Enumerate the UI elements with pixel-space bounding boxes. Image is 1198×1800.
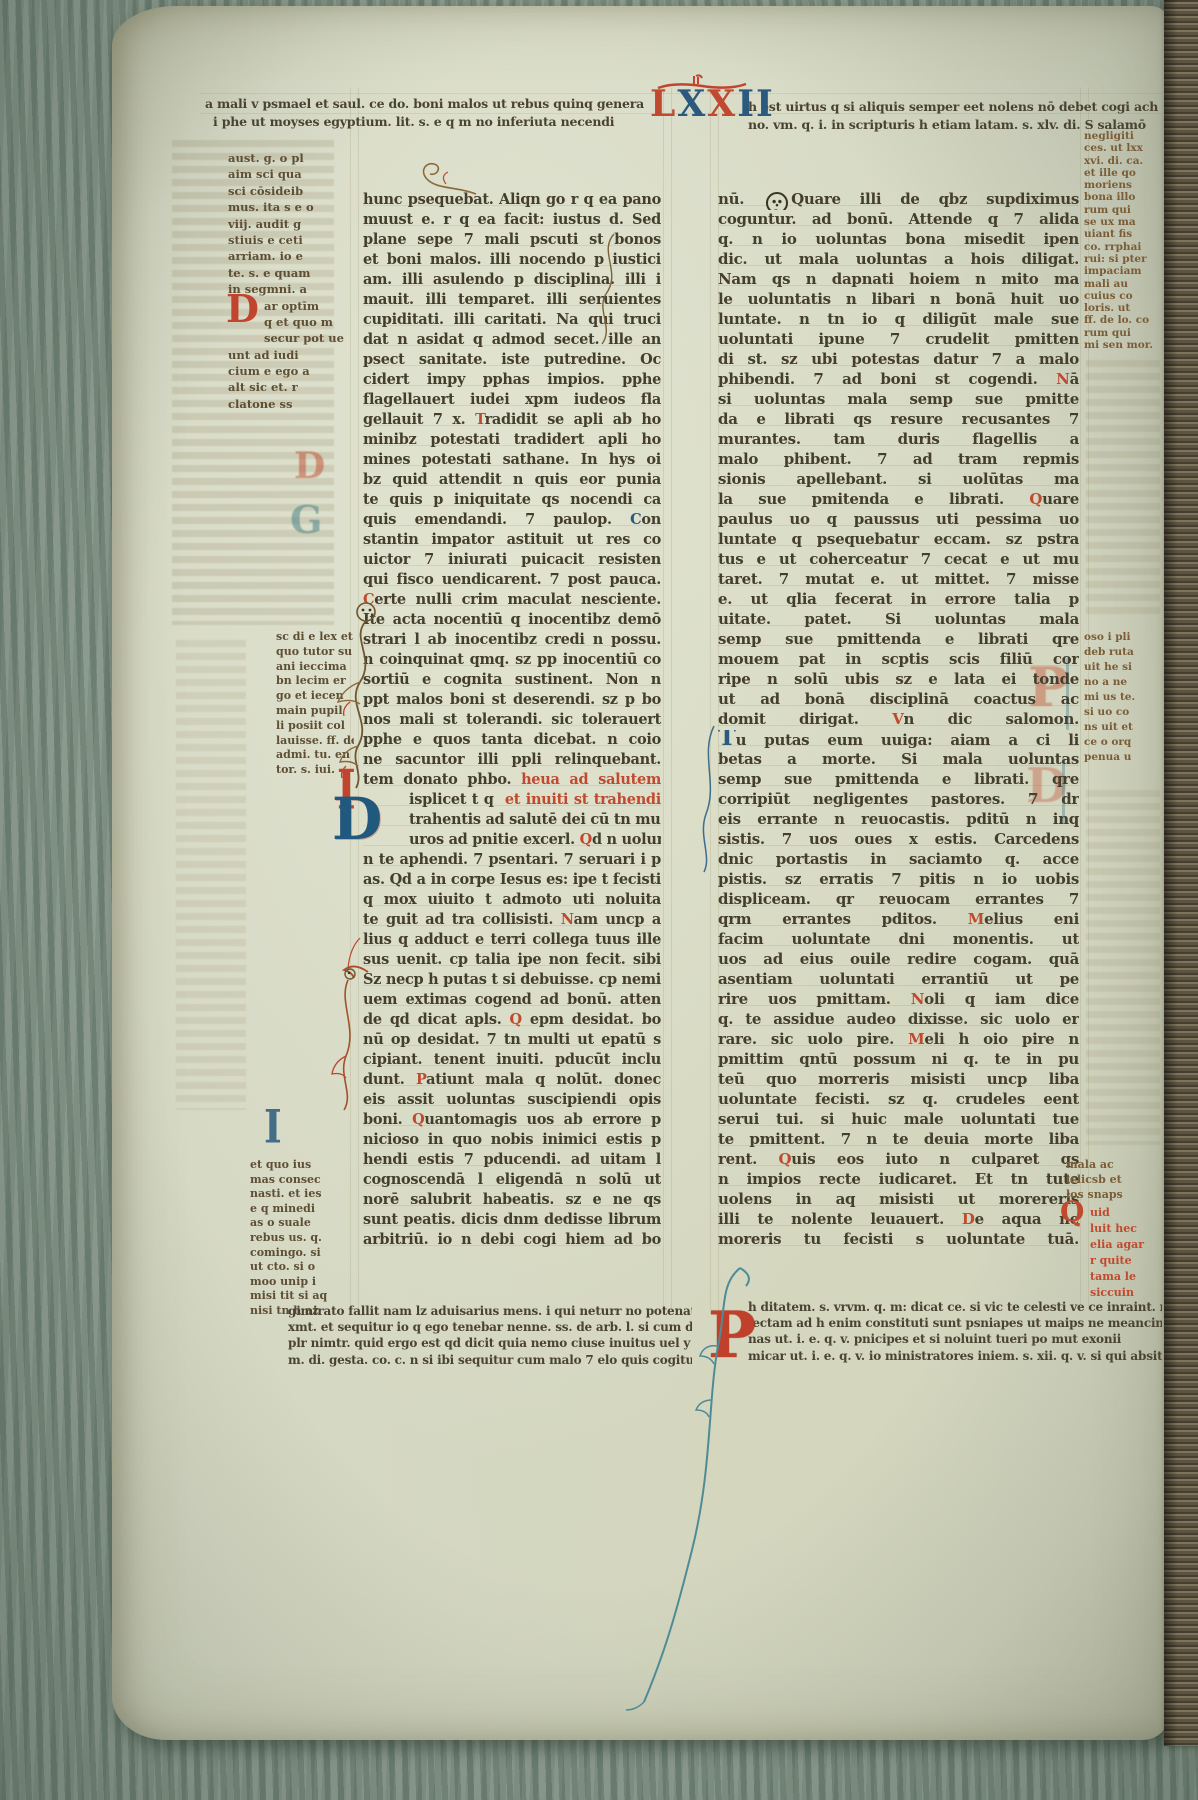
blue-paraph-I: I xyxy=(264,1104,282,1150)
text-line: isplicet t q et inuiti st trahendi xyxy=(363,790,661,810)
text-line: si uoluntas mala semp sue pmitte xyxy=(718,390,1079,410)
bleedthrough-text-area xyxy=(1086,360,1160,615)
text-line: et quo ius xyxy=(250,1158,345,1173)
text-line: qrm errantes pditos. Melius eni xyxy=(718,910,1079,930)
ruling-line-vertical xyxy=(1080,88,1081,1310)
text-line: dunt. Patiunt mala q nolūt. donec xyxy=(363,1070,661,1090)
gutter-flourish xyxy=(588,232,628,347)
text-line: impaciam xyxy=(1084,265,1164,277)
text-line: sortiū e cognita sustinent. Non n xyxy=(363,670,661,690)
text-line: lectam ad h enim constituti sunt psniape… xyxy=(748,1315,1162,1331)
text-line: da e librati qs resure recusantes 7 xyxy=(718,410,1079,430)
adjacent-page-edge xyxy=(1164,0,1198,1746)
text-line: eis assit uoluntas suscipiendi opis xyxy=(363,1090,661,1110)
text-line: bz quid attendit n quis eor punia xyxy=(363,470,661,490)
text-line: rum qui xyxy=(1084,327,1164,339)
colored-letter: V xyxy=(892,710,903,728)
text-line: viij. audit g xyxy=(228,216,348,232)
text-line: luntate q psequebatur eccam. sz pstra xyxy=(718,530,1079,550)
text-line: luit hec xyxy=(1090,1221,1162,1237)
manuscript-photo: D G P D a mali v psmael et saul. ce do. … xyxy=(0,0,1198,1800)
text-line: ne sacuntor illi ppli relinquebant. xyxy=(363,750,661,770)
right-gloss-block2: oso i plideb rutauit he sino a nemi us t… xyxy=(1084,630,1160,765)
text-line: betas a morte. Si mala uoluntas xyxy=(718,750,1079,770)
colored-letter: I xyxy=(756,83,775,125)
right-gloss-block1: negligitices. ut lxxxvi. di. ca.et ille … xyxy=(1084,130,1164,351)
colored-letter: Q xyxy=(510,1011,522,1028)
text-line: Nam qs n dapnati hoiem n mito ma xyxy=(718,270,1079,290)
text-line: e q minedi xyxy=(250,1202,345,1217)
text-line: uros ad pnitie excerl. Qd n uolum xyxy=(363,830,661,850)
text-line: te pmittent. 7 n te deuia morte liba xyxy=(718,1130,1079,1150)
colored-letter: I xyxy=(737,83,756,125)
blue-initial-D: D xyxy=(332,790,382,848)
text-line: rebus us. q. xyxy=(250,1231,345,1246)
text-column-right: nū. Quare illi de qbz supdiximuscoguntur… xyxy=(718,190,1079,1250)
text-line: alt sic et. r xyxy=(228,379,348,395)
folio-number-heading: LXXII xyxy=(650,86,775,122)
text-line: as. Qd a in corpe Iesus es: ipe t fecist… xyxy=(363,870,661,890)
text-line: q mox uiuito t admoto uti noluita xyxy=(363,890,661,910)
text-line: te. s. e quam xyxy=(228,265,348,281)
text-line: rire uos pmittam. Noli q iam dice xyxy=(718,990,1079,1010)
text-line: n coinquinat qmq. sz pp inocentiū co xyxy=(363,650,661,670)
text-line: illi te nolente leuauert. De aqua ne xyxy=(718,1210,1079,1230)
text-line: xvi. di. ca. xyxy=(1084,155,1164,167)
text-line: sistis. 7 uos oues x estis. Carcedens xyxy=(718,830,1079,850)
text-line: negligiti xyxy=(1084,130,1164,142)
text-line: te guit ad tra collisisti. Nam uncp a xyxy=(363,910,661,930)
text-line: uictor 7 iniurati puicacit resisten xyxy=(363,550,661,570)
text-line: luntate. n tn io q diligūt male sue xyxy=(718,310,1079,330)
text-line: nū op desidat. 7 tn multi ut epatū s xyxy=(363,1030,661,1050)
colored-letter: X xyxy=(677,83,707,125)
text-line: stiuis e ceti xyxy=(228,232,348,248)
text-line: quis emendandi. 7 paulop. Con xyxy=(363,510,661,530)
text-line: domit dirigat. Vn dic salomon. xyxy=(718,710,1079,730)
text-line: mi sen mor. xyxy=(1084,339,1164,351)
colored-letter: Q xyxy=(778,1150,791,1168)
text-line: uit he si xyxy=(1084,660,1160,675)
colored-letter: N xyxy=(911,990,924,1008)
text-line: ripe n solū ubis sz e lata ei tonde xyxy=(718,670,1079,690)
text-line: uid xyxy=(1090,1205,1162,1221)
face-doodle-icon xyxy=(766,192,788,210)
text-line: mus. ita s e o xyxy=(228,199,348,215)
text-line: hunc psequebat. Aliqn go r q ea pano xyxy=(363,190,661,210)
colored-letter: T xyxy=(475,411,484,428)
text-line: muust e. r q ea facit: iustus d. Sed xyxy=(363,210,661,230)
text-line: misi tit si aq xyxy=(250,1289,345,1304)
text-line: norē salubrit habeatis. sz e ne qs xyxy=(363,1190,661,1210)
text-line: sionis apellebant. si uolūtas ma xyxy=(718,470,1079,490)
text-line: penua u xyxy=(1084,750,1160,765)
text-line: Sz necp h putas t si debuisse. cp nemi xyxy=(363,970,661,990)
text-line: ppt malos boni st deserendi. sz p bo xyxy=(363,690,661,710)
red-dragon-flourish xyxy=(324,936,374,1114)
text-line: as o suale xyxy=(250,1216,345,1231)
text-line: moriens xyxy=(1084,179,1164,191)
text-line: moreris tu fecisti s uoluntate tuā. xyxy=(718,1230,1079,1250)
bleedthrough-initial: G xyxy=(290,501,322,539)
text-line: r quite xyxy=(1090,1253,1162,1269)
text-line: dnic portastis in saciamto q. acce xyxy=(718,850,1079,870)
text-line: uoluntati ipune 7 crudelit pmitten xyxy=(718,330,1079,350)
text-line: rare. sic uolo pire. Meli h oio pire n xyxy=(718,1030,1079,1050)
text-line: paulus uo q paussus uti pessima uo xyxy=(718,510,1079,530)
colored-letter: L xyxy=(650,83,677,125)
text-line: n impios recte iudicaret. Et tn tute xyxy=(718,1170,1079,1190)
text-line: q. te assidue audeo dixisse. sic uolo er xyxy=(718,1010,1079,1030)
cadel-flourish-A xyxy=(416,156,480,198)
text-line: uitate. patet. Si uoluntas mala xyxy=(718,610,1079,630)
ruling-line-vertical xyxy=(671,88,672,1310)
text-line: pphe e quos tanta dicebat. n coio xyxy=(363,730,661,750)
text-line: nicioso in quo nobis inimici estis p xyxy=(363,1130,661,1150)
text-line: gellauit 7 x. Tradidit se apli ab ho xyxy=(363,410,661,430)
bleedthrough-initial: D xyxy=(294,448,325,484)
text-line: la sue pmitenda e librati. Quare xyxy=(718,490,1079,510)
text-line: phibendi. 7 ad boni st cogendi. Nā xyxy=(718,370,1079,390)
text-line: uolens in aq misisti ut morereris xyxy=(718,1190,1079,1210)
text-line: taret. 7 mutat e. ut mittet. 7 misse xyxy=(718,570,1079,590)
text-line: n te aphendi. 7 psentari. 7 seruari i p xyxy=(363,850,661,870)
text-line: ces. ut lxx xyxy=(1084,142,1164,154)
colored-letter: N xyxy=(561,911,574,928)
colored-letter: C xyxy=(630,511,641,528)
text-line: asentiam uoluntati errantiū ut pe xyxy=(718,970,1079,990)
text-line: q. n io uoluntas bona misedit ipen xyxy=(718,230,1079,250)
text-line: uoluntate fecisti. sz q. crudeles eent xyxy=(718,1090,1079,1110)
gloss-red-initial-D: D xyxy=(226,290,259,328)
ruling-line-vertical xyxy=(710,88,711,1310)
text-line: dic. ut mala uoluntas a hois diligat. xyxy=(718,250,1079,270)
text-line: de qd dicat apls. Q epm desidat. bo xyxy=(363,1010,661,1030)
text-line: unt ad iudi xyxy=(228,347,348,363)
text-line: mi us te. xyxy=(1084,690,1160,705)
text-line: cidert impy pphas impios. pphe xyxy=(363,370,661,390)
colored-letter: Q xyxy=(580,831,592,848)
text-line: rum qui xyxy=(1084,204,1164,216)
bleedthrough-text-area xyxy=(1086,790,1160,1145)
text-line: loris. ut xyxy=(1084,302,1164,314)
text-line: eis errante n reuocastis. pditū n inq xyxy=(718,810,1079,830)
text-line: aim sci qua xyxy=(228,166,348,182)
text-line: semp sue pmittenda e librati qre xyxy=(718,630,1079,650)
text-line: deb ruta xyxy=(1084,645,1160,660)
text-line: corripiūt negligentes pastores. 7 dr xyxy=(718,790,1079,810)
text-line: nū. Quare illi de qbz supdiximus xyxy=(718,190,1079,210)
text-line: micar ut. i. e. q. v. io ministratores i… xyxy=(748,1348,1162,1364)
colored-letter: heua ad salutem xyxy=(521,771,661,788)
colored-letter: Q xyxy=(1029,490,1042,508)
text-line: pmittim qntū possum ni q. te in pu xyxy=(718,1050,1079,1070)
text-line: ce o orq xyxy=(1084,735,1160,750)
colored-letter: P xyxy=(416,1071,426,1088)
text-line: pistis. sz erratis 7 pitis n io uobis xyxy=(718,870,1079,890)
bottom-pen-flourish xyxy=(600,1250,770,1720)
text-line: trahentis ad salutē dei cū tn multos xyxy=(363,810,661,830)
text-line: teū quo morreris misisti uncp liba xyxy=(718,1070,1079,1090)
colored-letter: N xyxy=(1056,370,1069,388)
text-line: rent. Quis eos iuto n culparet qs xyxy=(718,1150,1079,1170)
text-line: te quis p iniquitate qs nocendi ca xyxy=(363,490,661,510)
text-line: cuius co xyxy=(1084,290,1164,302)
left-gloss-block1: aust. g. o plaim sci quasci cōsideibmus.… xyxy=(228,150,348,412)
left-gloss-block3: et quo iusmas consecnasti. et iese q min… xyxy=(250,1158,345,1319)
text-line: elia agar xyxy=(1090,1237,1162,1253)
top-margin-note-line1-left: a mali v psmael et saul. ce do. boni mal… xyxy=(205,96,660,111)
text-line: ff. de lo. co xyxy=(1084,314,1164,326)
text-line: displiceam. qr reuocam errantes 7 xyxy=(718,890,1079,910)
text-line: comingo. si xyxy=(250,1246,345,1261)
text-line: moo unip i xyxy=(250,1275,345,1290)
text-line: mali au xyxy=(1084,278,1164,290)
text-line: di st. sz ubi potestas datur 7 a malo xyxy=(718,350,1079,370)
text-line: tama le xyxy=(1090,1269,1162,1285)
text-line: flagellauert iudei xpm iudeos fla xyxy=(363,390,661,410)
text-line: bona illo xyxy=(1084,191,1164,203)
text-line: ns uit et xyxy=(1084,720,1160,735)
text-line: nas ut. i. e. q. v. pnicipes et si nolui… xyxy=(748,1331,1162,1347)
text-line: cognoscendā l eligendā n solū ut xyxy=(363,1170,661,1190)
text-line: tus e ut coherceatur 7 cecat e ut mu xyxy=(718,550,1079,570)
text-line: mas consec xyxy=(250,1173,345,1188)
text-line: arriam. io e xyxy=(228,248,348,264)
text-line: et ille qo xyxy=(1084,167,1164,179)
gloss-red-initial-Q: Q xyxy=(1060,1198,1084,1226)
text-line: nos mali st tolerandi. sic tolerauert xyxy=(363,710,661,730)
top-margin-note-line2-left: i phe ut moyses egyptium. lit. s. e q m … xyxy=(213,114,658,129)
text-line: psect sanitate. iste putredine. Oc xyxy=(363,350,661,370)
text-line: boni. Quantomagis uos ab errore p xyxy=(363,1110,661,1130)
text-line: nasti. et ies xyxy=(250,1187,345,1202)
text-line: ut ad bonā disciplinā coactus ac xyxy=(718,690,1079,710)
text-column-left: hunc psequebat. Aliqn go r q ea panomuus… xyxy=(363,190,661,1250)
text-line: no a ne xyxy=(1084,675,1160,690)
zoomorphic-flourish xyxy=(320,598,400,794)
text-line: sus uenit. cp talia ipe non fecit. sibi xyxy=(363,950,661,970)
text-line: sunt peatis. dicis dnm dedisse librum xyxy=(363,1210,661,1230)
text-line: Certe nulli crim maculat nesciente. xyxy=(363,590,661,610)
text-line: stantin impator astituit ut res co xyxy=(363,530,661,550)
text-line: ut cto. si o xyxy=(250,1260,345,1275)
text-line: LXXII xyxy=(650,83,775,125)
top-margin-note-line1-right: h est uirtus q si aliquis semper eet nol… xyxy=(748,99,1160,114)
colored-letter: M xyxy=(968,910,984,928)
colored-letter: D xyxy=(962,1210,975,1228)
text-line: Tu putas eum uuiga: aiam a ci li xyxy=(718,730,1079,750)
text-line: tem donato phbo. heua ad salutem xyxy=(363,770,661,790)
bottom-margin-note-right: h ditatem. s. vrvm. q. m: dicat ce. si v… xyxy=(748,1299,1162,1364)
text-line: co. rrphai xyxy=(1084,241,1164,253)
text-line: arbitriū. io n debi cogi hiem ad bo xyxy=(363,1230,661,1250)
text-line: lius q adduct e terri collega tuus ille xyxy=(363,930,661,950)
text-line: serui tui. si huic male uoluntati tue xyxy=(718,1110,1079,1130)
text-line: mala ac xyxy=(1066,1158,1161,1173)
text-line: mines potestati sathane. In hys oi xyxy=(363,450,661,470)
text-line: secur pot ue xyxy=(228,330,348,346)
text-line: uiant fis xyxy=(1084,228,1164,240)
text-line: uos ad eius ouile redire cogam. quā xyxy=(718,950,1079,970)
text-line: le uoluntatis n libari n bonā huit uo xyxy=(718,290,1079,310)
colored-letter: Q xyxy=(412,1111,424,1128)
text-line: oso i pli xyxy=(1084,630,1160,645)
text-line: hendi estis 7 pducendi. ad uitam l xyxy=(363,1150,661,1170)
text-line: h ditatem. s. vrvm. q. m: dicat ce. si v… xyxy=(748,1299,1162,1315)
text-line: aust. g. o pl xyxy=(228,150,348,166)
text-line: qui fisco uendicarent. 7 post pauca. xyxy=(363,570,661,590)
text-line: mouem pat in scptis scis filiū cor xyxy=(718,650,1079,670)
text-line: strari l ab inocentibz credi n possu. xyxy=(363,630,661,650)
text-line: uem extimas cogend ad bonū. atten xyxy=(363,990,661,1010)
text-line: coguntur. ad bonū. Attende q 7 alida xyxy=(718,210,1079,230)
blue-initial-flourish xyxy=(694,724,722,874)
text-line: e. ut qlia fecerat in errore talia p xyxy=(718,590,1079,610)
ruling-line-vertical xyxy=(663,88,664,1310)
bleedthrough-text-area xyxy=(176,640,246,1110)
text-line: se ux ma xyxy=(1084,216,1164,228)
colored-letter: et inuiti st trahendi xyxy=(505,791,661,808)
text-line: iclicsb et xyxy=(1066,1173,1161,1188)
text-line: Ite acta nocentiū q inocentibz demō xyxy=(363,610,661,630)
text-line: cipiant. tenent inuiti. pducūt inclu xyxy=(363,1050,661,1070)
text-line: facim uoluntate dni monentis. ut xyxy=(718,930,1079,950)
text-line: minibz potestati tradidert apli ho xyxy=(363,430,661,450)
right-gloss-block3-red: uidluit hecelia agarr quitetama lesiccui… xyxy=(1090,1205,1162,1301)
text-line: murantes. tam duris flagellis a xyxy=(718,430,1079,450)
text-line: semp sue pmittenda e librati. qre xyxy=(718,770,1079,790)
colored-letter: M xyxy=(908,1030,924,1048)
colored-letter: X xyxy=(707,83,737,125)
text-line: cium e ego a xyxy=(228,363,348,379)
text-line: si uo co xyxy=(1084,705,1160,720)
text-line: clatone ss xyxy=(228,396,348,412)
text-line: rui: si pter xyxy=(1084,253,1164,265)
text-line: malo phibent. 7 ad tram repmis xyxy=(718,450,1079,470)
text-line: sci cōsideib xyxy=(228,183,348,199)
